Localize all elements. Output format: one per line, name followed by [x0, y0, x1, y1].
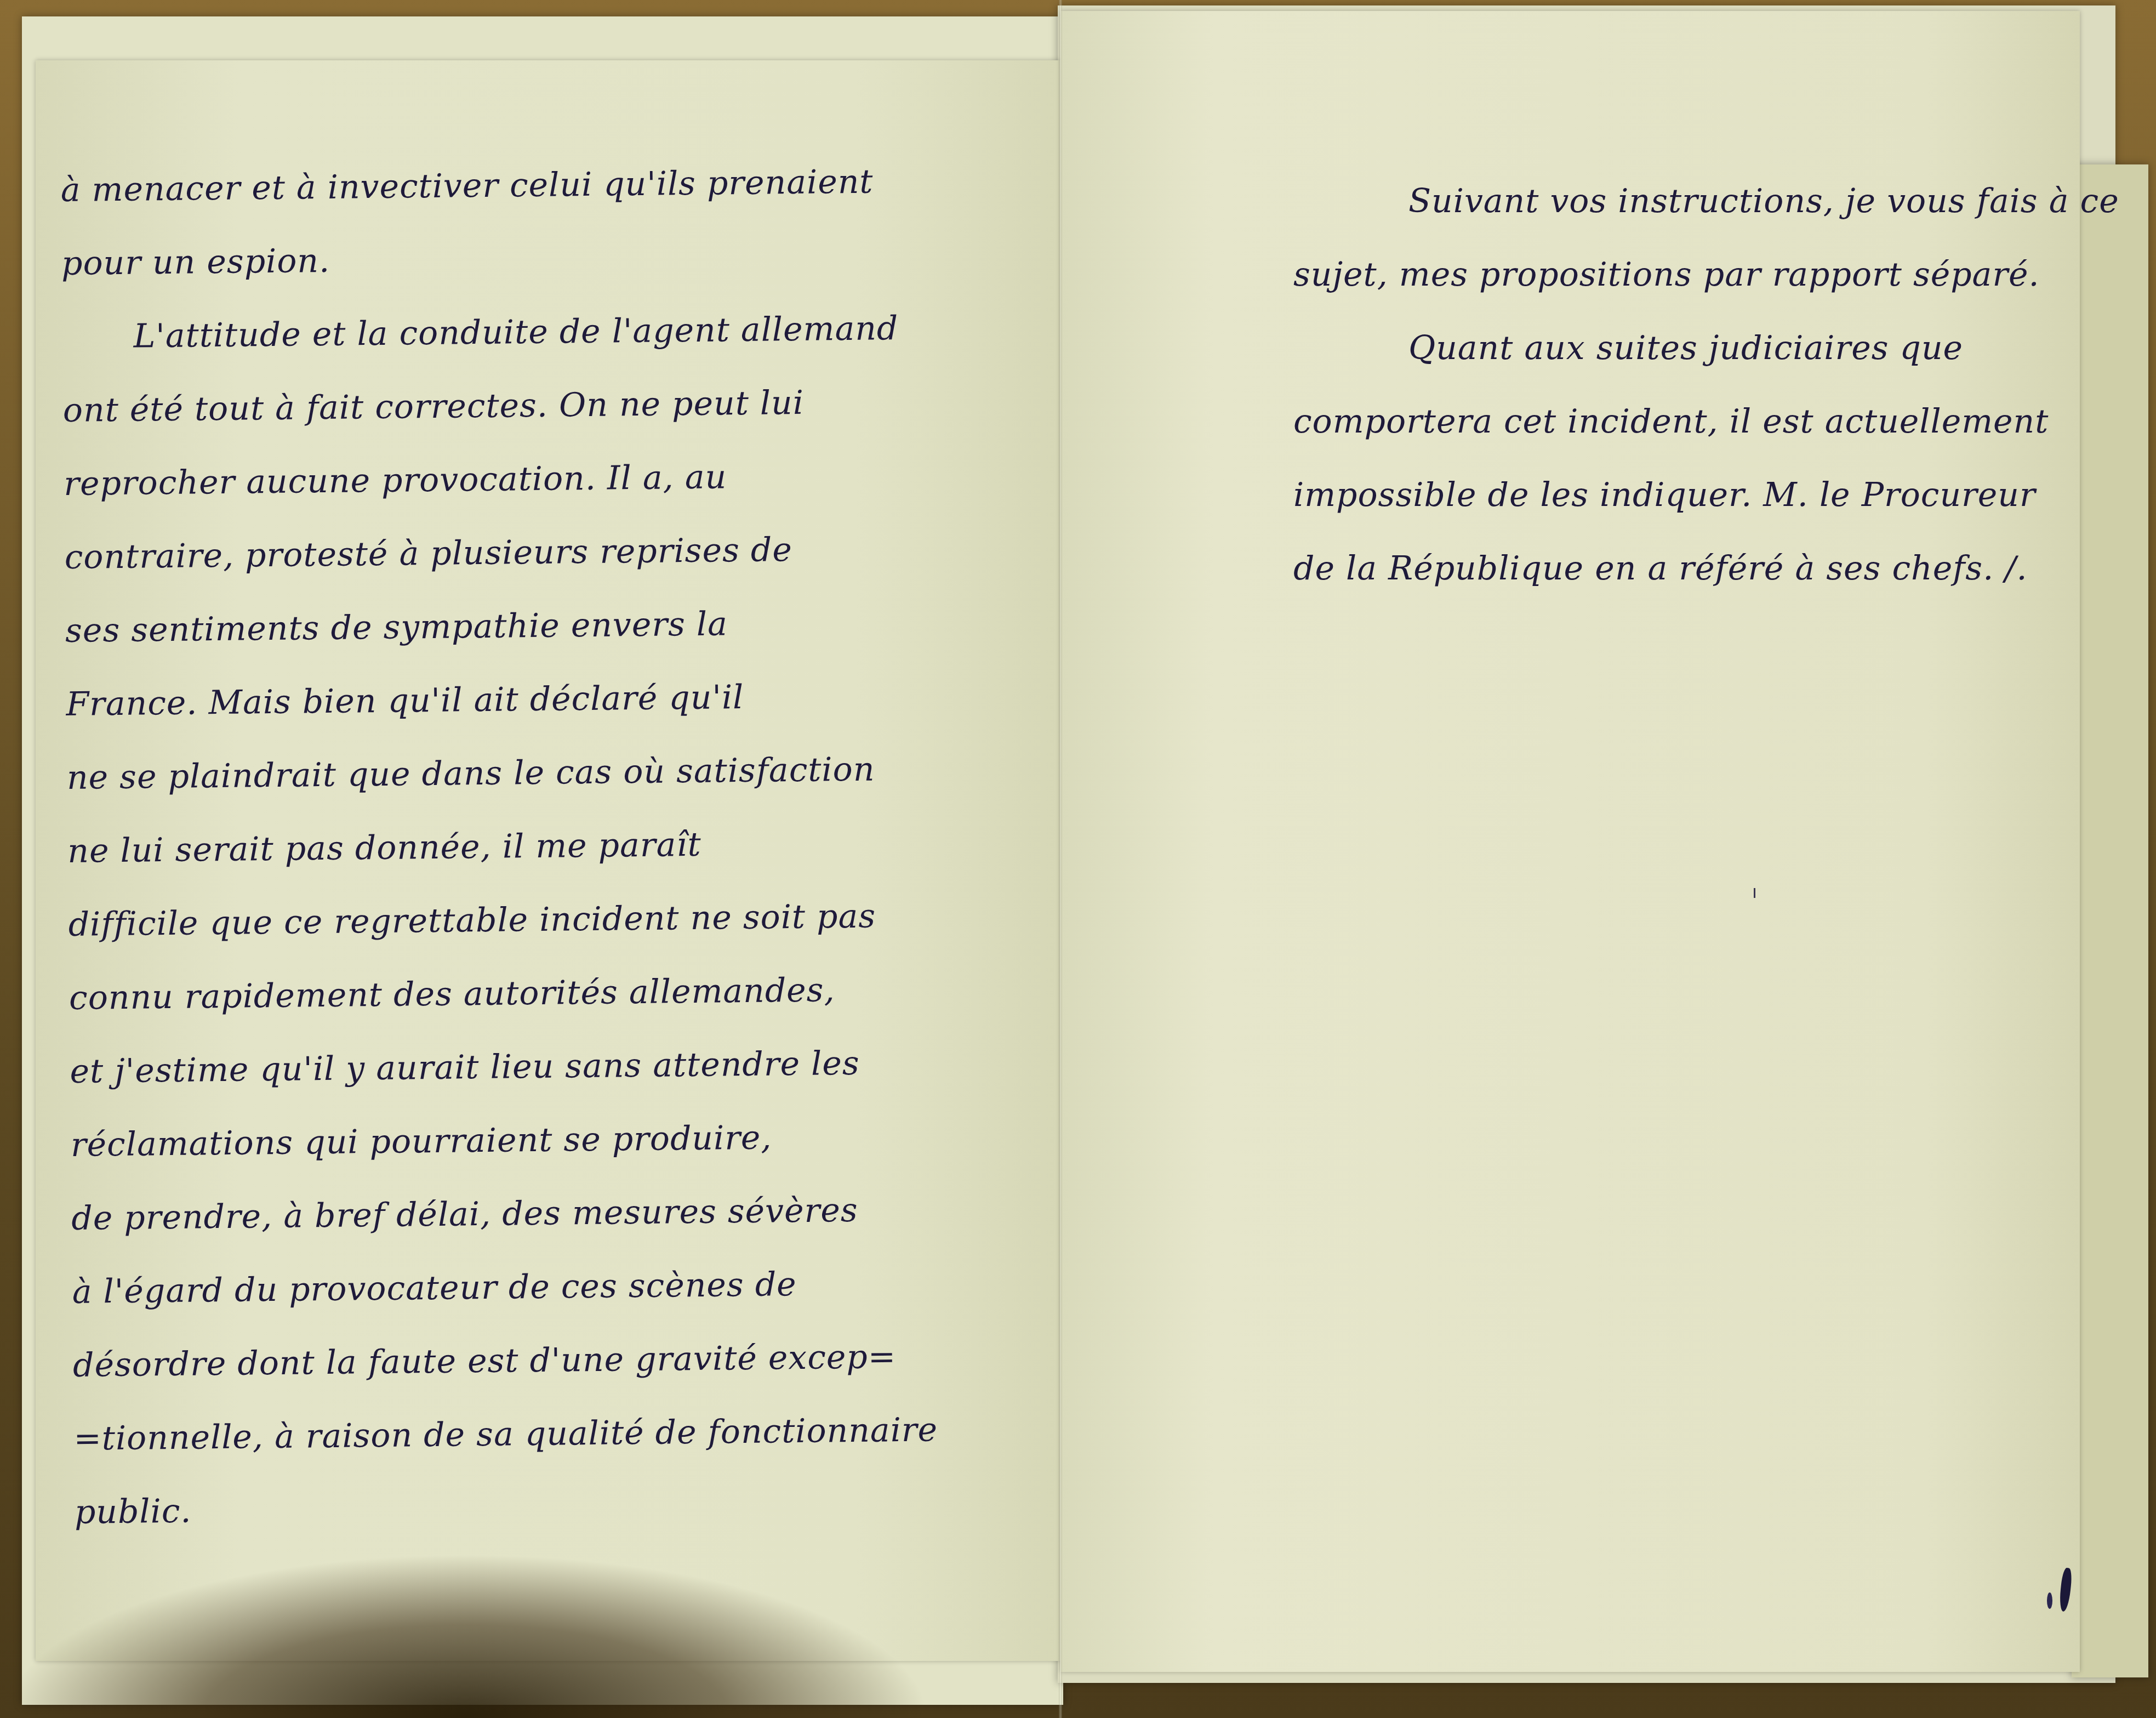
text-line: de prendre, à bref délai, des mesures sé…	[71, 1173, 927, 1255]
text-line: France. Mais bien qu'il ait déclaré qu'i…	[66, 659, 921, 741]
paragraph-start-line: Quant aux suites judiciaires que	[1293, 311, 2072, 385]
text-line: contraire, protesté à plusieurs reprises…	[64, 512, 920, 594]
text-line: pour un espion.	[61, 218, 916, 300]
text-line: ne se plaindrait que dans le cas où sati…	[66, 732, 922, 815]
text-line: à l'égard du provocateur de ces scènes d…	[72, 1247, 927, 1329]
text-line: connu rapidement des autorités allemande…	[69, 953, 924, 1035]
stray-ink-mark	[1754, 888, 1755, 898]
text-line: désordre dont la faute est d'une gravité…	[72, 1320, 928, 1402]
underlying-sheet-edge	[2072, 164, 2148, 1677]
text-line: sujet, mes propositions par rapport sépa…	[1293, 238, 2072, 311]
text-line: =tionnelle, à raison de sa qualité de fo…	[73, 1393, 929, 1476]
page-fold-spine	[1059, 0, 1062, 1718]
right-page-text: Suivant vos instructions, je vous fais à…	[1293, 164, 2072, 605]
text-line: et j'estime qu'il y aurait lieu sans att…	[70, 1026, 925, 1108]
text-line: à menacer et à invectiver celui qu'ils p…	[60, 145, 916, 227]
text-line: réclamations qui pourraient se produire,	[70, 1100, 926, 1182]
text-line: ses sentiments de sympathie envers la	[65, 585, 920, 668]
paragraph-start-line: L'attitude et la conduite de l'agent all…	[62, 292, 917, 374]
text-line: ne lui serait pas donnée, il me paraît	[67, 806, 923, 888]
text-line: comportera cet incident, il est actuelle…	[1293, 385, 2072, 458]
left-page-text: à menacer et à invectiver celui qu'ils p…	[60, 145, 930, 1549]
ink-splatter	[2047, 1592, 2052, 1609]
text-line: difficile que ce regrettable incident ne…	[68, 879, 923, 962]
photo-scene: à menacer et à invectiver celui qu'ils p…	[0, 0, 2156, 1718]
text-line: public.	[74, 1467, 929, 1549]
text-line: ont été tout à fait correctes. On ne peu…	[62, 365, 918, 447]
text-line: reprocher aucune provocation. Il a, au	[64, 439, 919, 521]
curled-paper-shadow	[0, 1554, 932, 1718]
text-line: impossible de les indiquer. M. le Procur…	[1293, 458, 2072, 532]
text-line: de la République en a référé à ses chefs…	[1293, 532, 2072, 605]
paragraph-start-line: Suivant vos instructions, je vous fais à…	[1293, 164, 2072, 238]
